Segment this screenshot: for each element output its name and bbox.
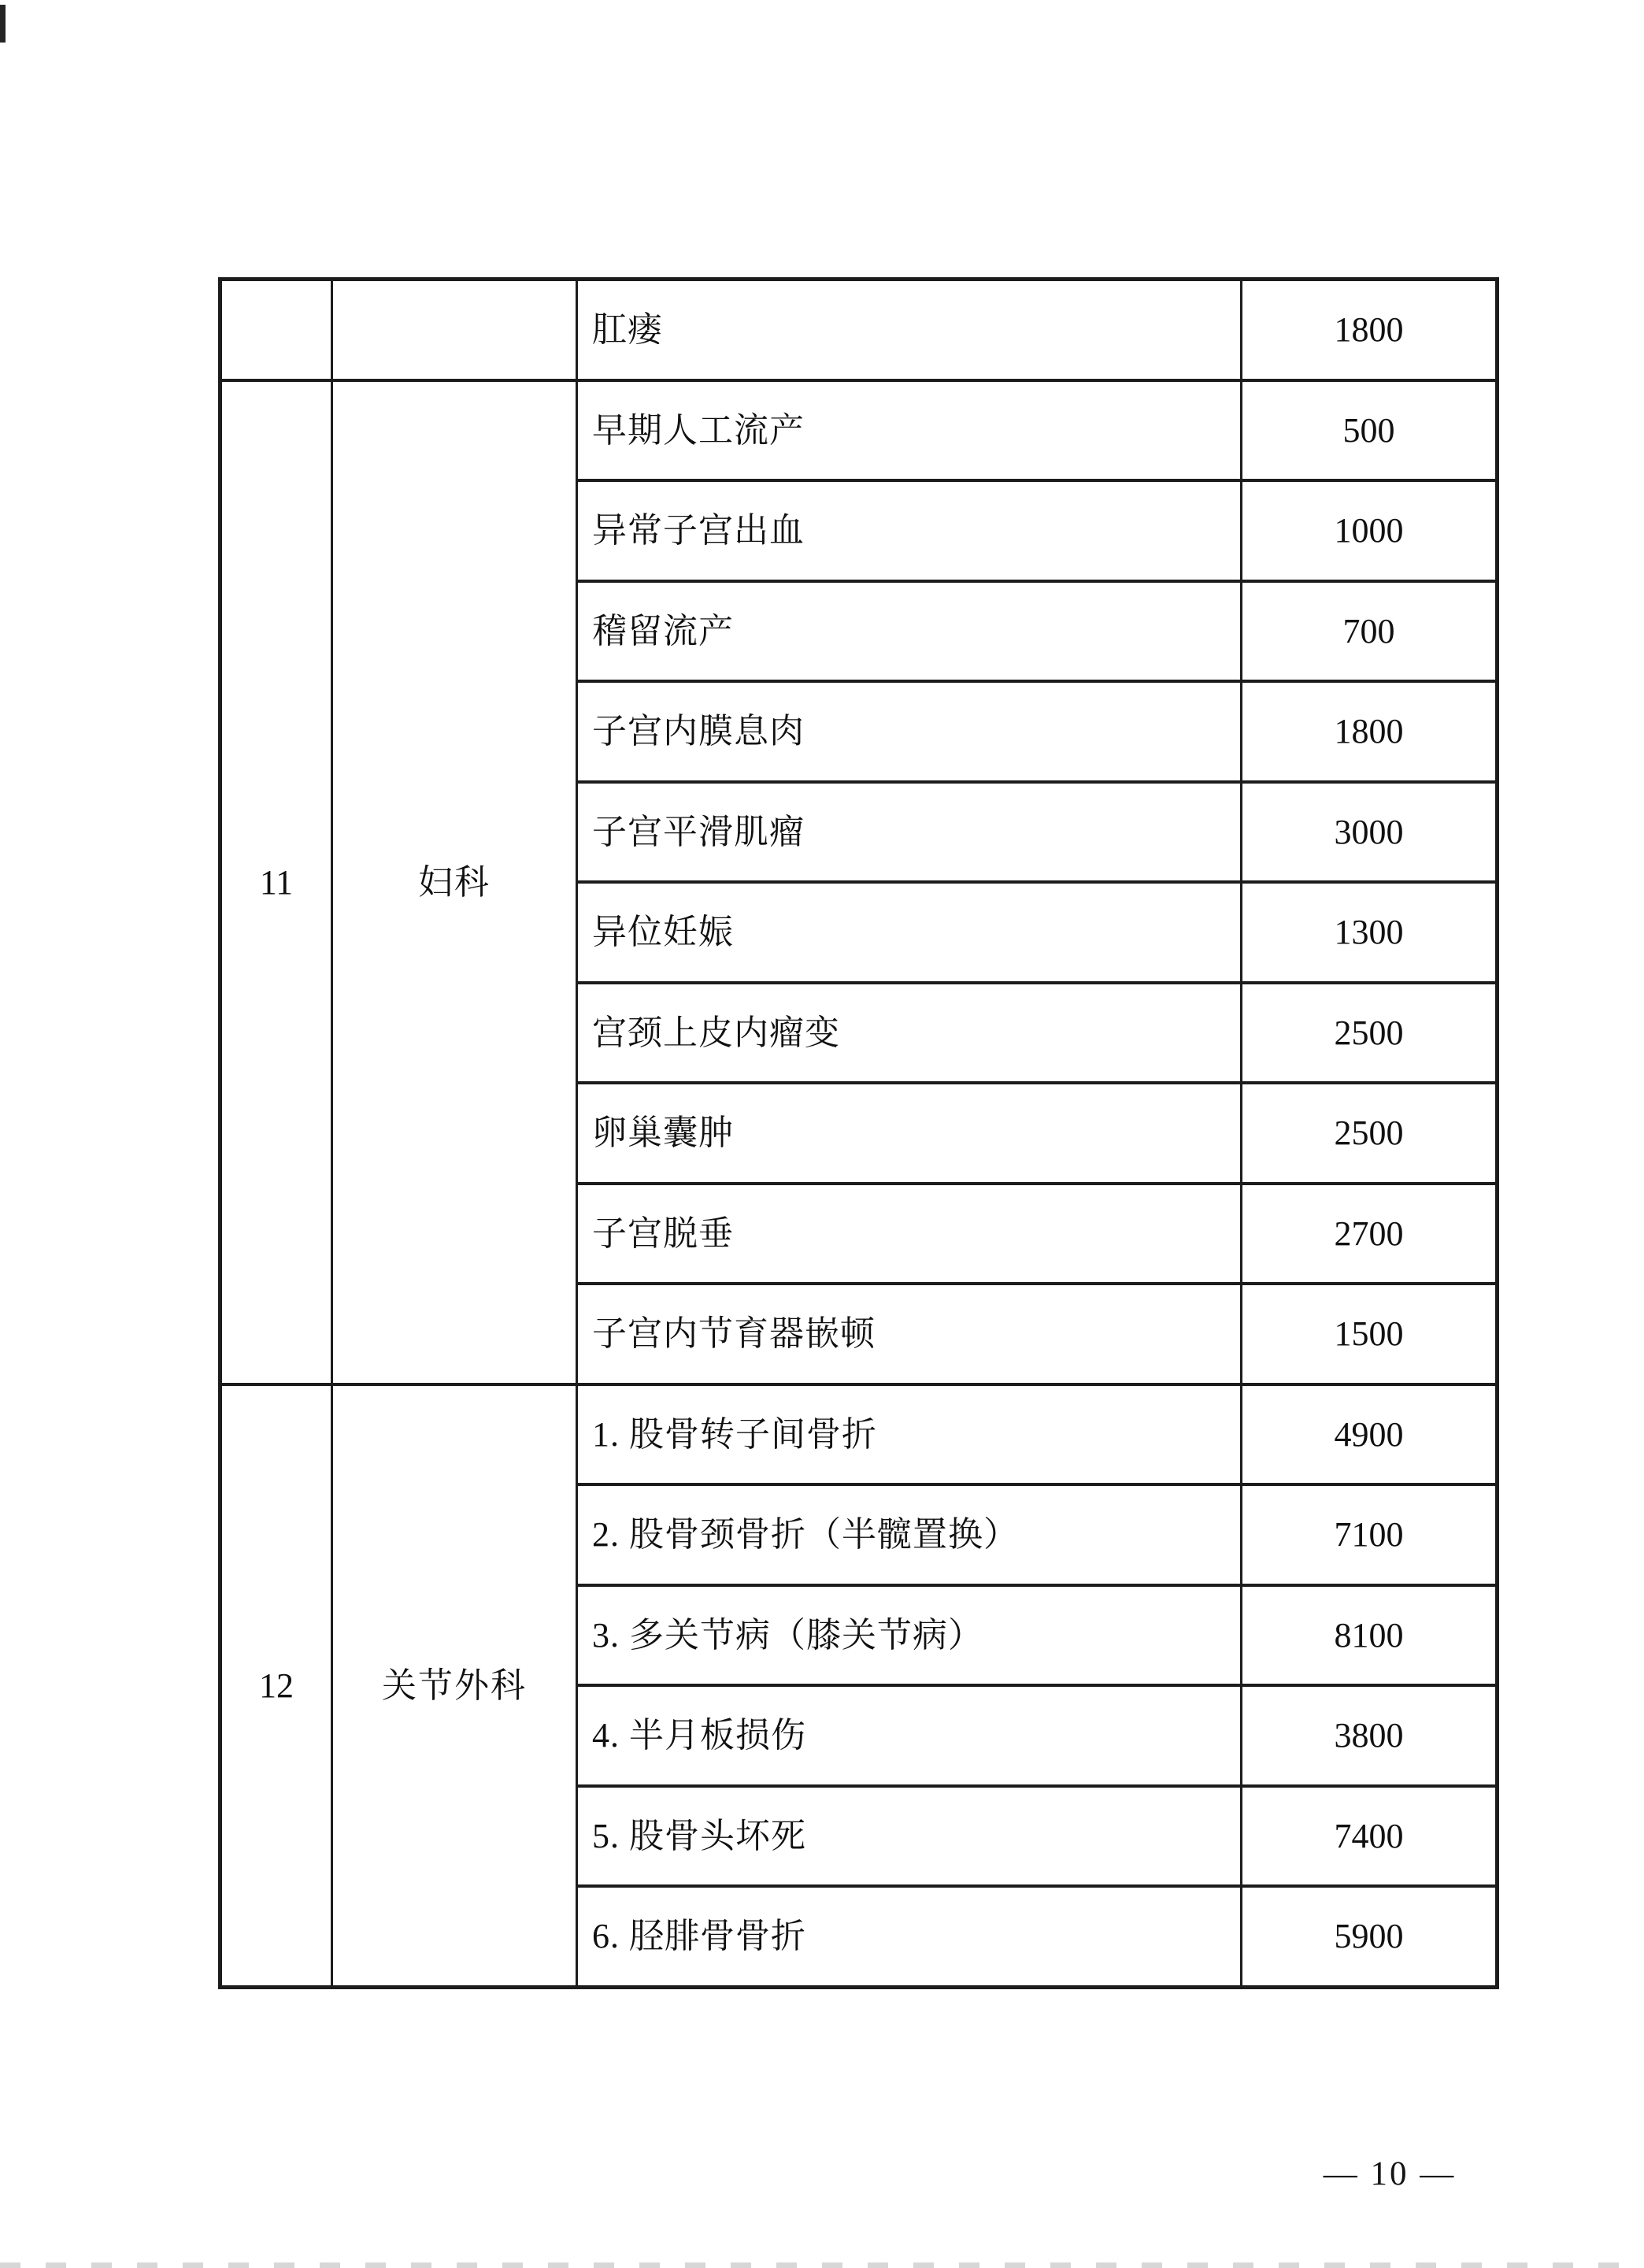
- section-dept-cell: 关节外科: [332, 1384, 577, 1988]
- item-cell: 3. 多关节病（膝关节病）: [577, 1585, 1242, 1686]
- item-cell: 早期人工流产: [577, 380, 1242, 481]
- section-no-cell-empty: [220, 280, 332, 380]
- fee-schedule-table: 肛瘘 1800 11 妇科 早期人工流产 500 异常子宫出血 1000 稽留流…: [218, 277, 1499, 1989]
- price-cell: 3800: [1242, 1685, 1498, 1786]
- price-cell: 4900: [1242, 1384, 1498, 1485]
- price-cell: 1800: [1242, 681, 1498, 782]
- item-cell: 子宫脱垂: [577, 1184, 1242, 1284]
- section-dept-cell-empty: [332, 280, 577, 380]
- table-row: 11 妇科 早期人工流产 500: [220, 380, 1498, 481]
- price-cell: 700: [1242, 581, 1498, 682]
- price-cell: 3000: [1242, 782, 1498, 883]
- price-cell: 1000: [1242, 480, 1498, 581]
- scan-artifact-bottom: [0, 2262, 1644, 2268]
- item-cell: 稽留流产: [577, 581, 1242, 682]
- table-row-continuation: 肛瘘 1800: [220, 280, 1498, 380]
- item-cell: 5. 股骨头坏死: [577, 1786, 1242, 1887]
- section-no-cell: 12: [220, 1384, 332, 1988]
- section-no-cell: 11: [220, 380, 332, 1384]
- item-cell: 6. 胫腓骨骨折: [577, 1886, 1242, 1987]
- scan-artifact-top-left: [0, 5, 6, 43]
- item-cell: 2. 股骨颈骨折（半髋置换）: [577, 1484, 1242, 1585]
- price-cell: 5900: [1242, 1886, 1498, 1987]
- price-cell: 2500: [1242, 983, 1498, 1084]
- item-cell: 宫颈上皮内瘤变: [577, 983, 1242, 1084]
- price-cell: 2700: [1242, 1184, 1498, 1284]
- item-cell: 1. 股骨转子间骨折: [577, 1384, 1242, 1485]
- item-cell: 子宫内膜息肉: [577, 681, 1242, 782]
- price-cell: 500: [1242, 380, 1498, 481]
- page-number: — 10 —: [1276, 2155, 1504, 2193]
- document-page: 肛瘘 1800 11 妇科 早期人工流产 500 异常子宫出血 1000 稽留流…: [0, 0, 1644, 2268]
- price-cell: 7400: [1242, 1786, 1498, 1887]
- price-cell: 1300: [1242, 882, 1498, 983]
- item-cell: 4. 半月板损伤: [577, 1685, 1242, 1786]
- item-cell: 卵巢囊肿: [577, 1083, 1242, 1184]
- price-cell: 1800: [1242, 280, 1498, 380]
- item-cell: 肛瘘: [577, 280, 1242, 380]
- price-cell: 7100: [1242, 1484, 1498, 1585]
- price-cell: 8100: [1242, 1585, 1498, 1686]
- item-cell: 异位妊娠: [577, 882, 1242, 983]
- price-cell: 2500: [1242, 1083, 1498, 1184]
- price-cell: 1500: [1242, 1284, 1498, 1384]
- item-cell: 子宫内节育器嵌顿: [577, 1284, 1242, 1384]
- item-cell: 异常子宫出血: [577, 480, 1242, 581]
- section-dept-cell: 妇科: [332, 380, 577, 1384]
- table-row: 12 关节外科 1. 股骨转子间骨折 4900: [220, 1384, 1498, 1485]
- item-cell: 子宫平滑肌瘤: [577, 782, 1242, 883]
